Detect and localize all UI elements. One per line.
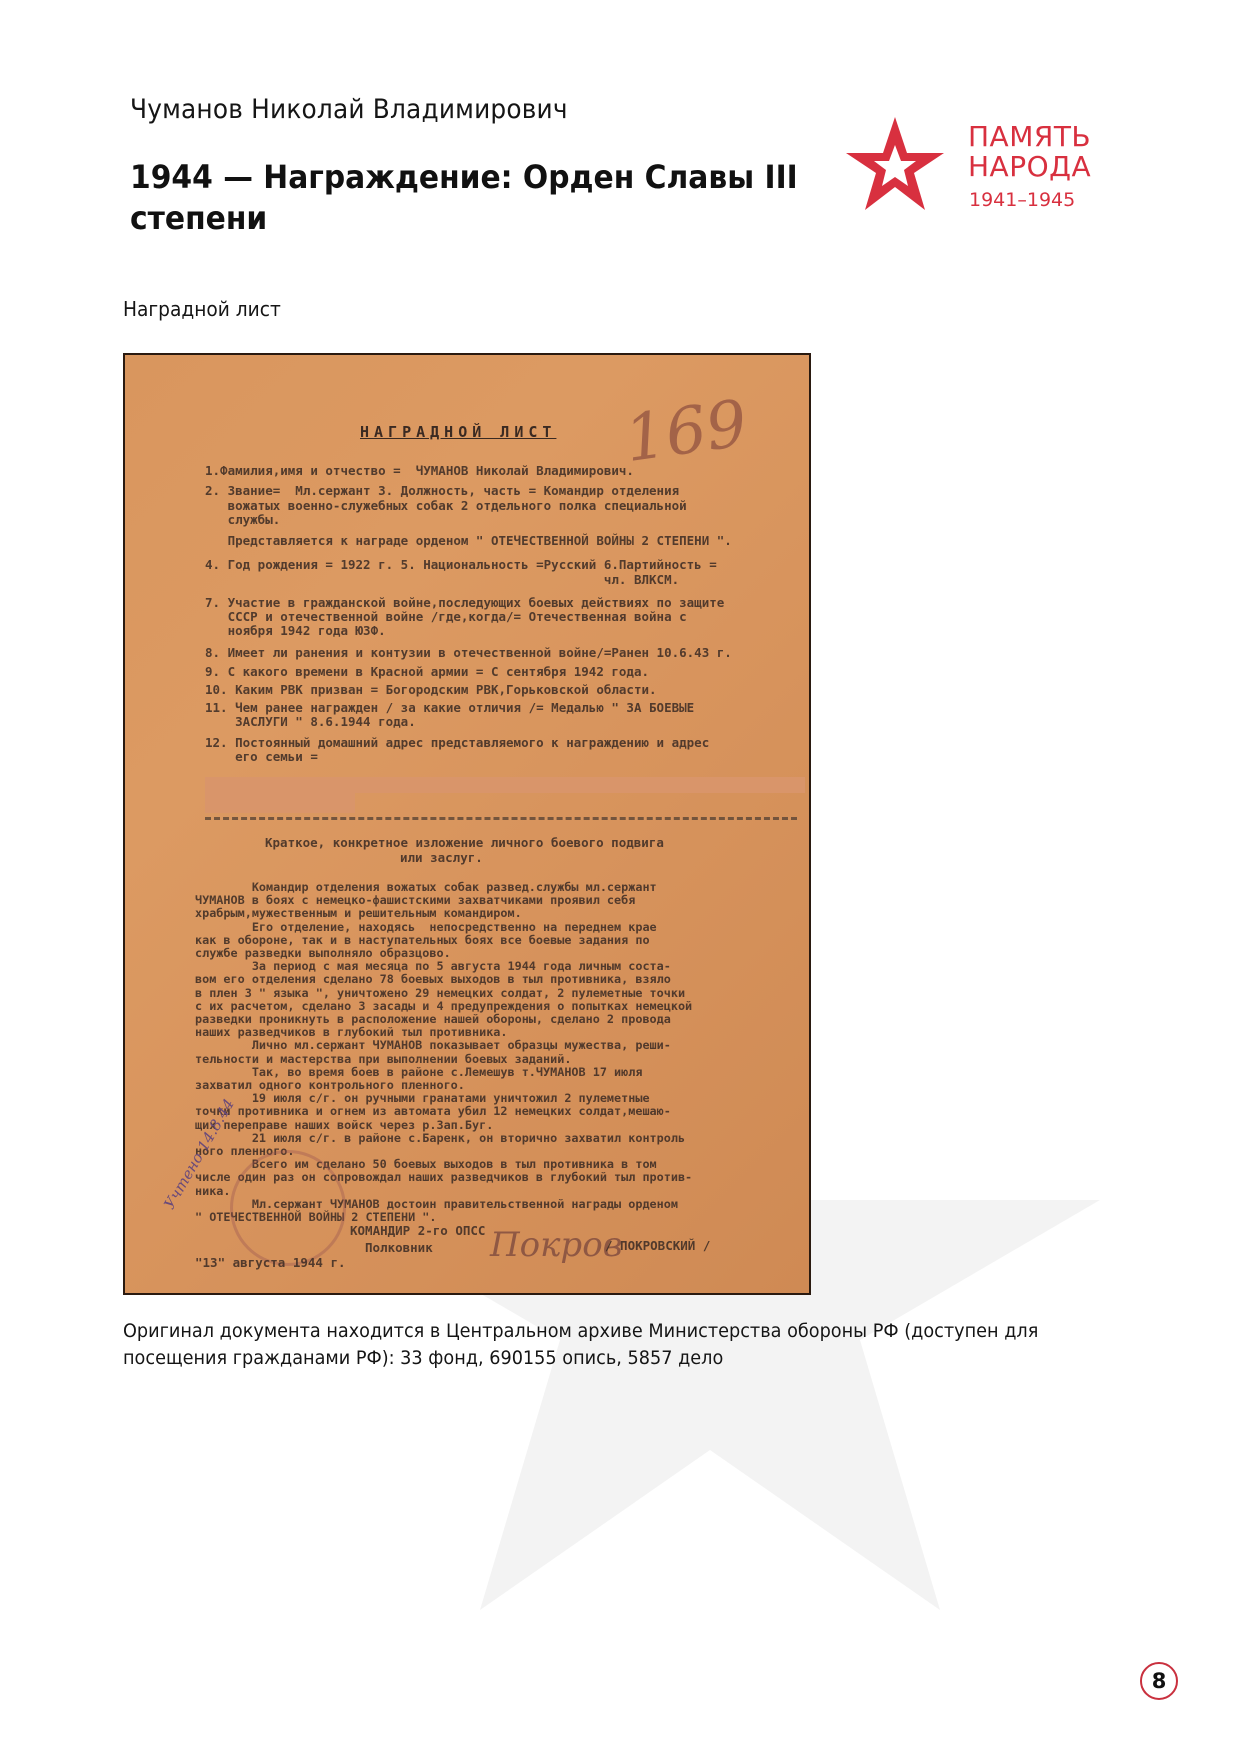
logo-text-line1: ПАМЯТЬ: [968, 122, 1091, 152]
award-sheet-scan: НАГРАДНОЙ ЛИСТ 169 1.Фамилия,имя и отчес…: [123, 353, 811, 1295]
signer-name: / ПОКРОВСКИЙ /: [605, 1238, 710, 1253]
caption-line-2: посещения гражданами РФ): 33 фонд, 69015…: [123, 1345, 723, 1372]
separator-line: [205, 817, 797, 820]
doc-field-line: службы.: [205, 512, 280, 527]
redacted-address: [205, 791, 355, 813]
page-title: 1944 — Награждение: Орден Славы III степ…: [130, 157, 800, 239]
doc-field-line: его семьи =: [205, 749, 318, 764]
doc-field-line: 12. Постоянный домашний адрес представля…: [205, 735, 709, 750]
doc-field-line: 8. Имеет ли ранения и контузии в отечест…: [205, 645, 732, 660]
doc-field-line: ЗАСЛУГИ " 8.6.1944 года.: [205, 714, 416, 729]
section-title: или заслуг.: [400, 850, 483, 865]
doc-heading: НАГРАДНОЙ ЛИСТ: [360, 423, 556, 441]
doc-field-line: 9. С какого времени в Красной армии = С …: [205, 664, 649, 679]
pamyat-naroda-logo[interactable]: ПАМЯТЬ НАРОДА 1941–1945: [845, 115, 1115, 220]
archive-caption: Оригинал документа находится в Центральн…: [123, 1318, 1103, 1372]
doc-field-line: 10. Каким РВК призван = Богородским РВК,…: [205, 682, 657, 697]
handwritten-signature: Покров: [490, 1225, 622, 1265]
signature-title: КОМАНДИР 2-го ОПСС: [350, 1223, 485, 1238]
doc-field-line: 2. Звание= Мл.сержант 3. Должность, част…: [205, 483, 679, 498]
doc-field-line: СССР и отечественной войне /где,когда/= …: [205, 609, 687, 624]
signature-rank: Полковник: [365, 1240, 433, 1255]
seal-stamp: [230, 1150, 346, 1266]
document-label: Наградной лист: [123, 297, 281, 321]
logo-text-line2: НАРОДА: [968, 152, 1091, 182]
red-star-icon: [845, 115, 945, 215]
handwritten-number: 169: [620, 387, 751, 477]
caption-line-1: Оригинал документа находится в Центральн…: [123, 1318, 1038, 1345]
doc-field-line: 7. Участие в гражданской войне,последующ…: [205, 595, 724, 610]
doc-date: "13" августа 1944 г.: [195, 1255, 346, 1270]
doc-field-line: вожатых военно-служебных собак 2 отдельн…: [205, 498, 687, 513]
person-name: Чуманов Николай Владимирович: [130, 94, 568, 125]
doc-field-line: Представляется к награде орденом " ОТЕЧЕ…: [205, 533, 732, 548]
section-title: Краткое, конкретное изложение личного бо…: [265, 835, 664, 850]
page-number: 8: [1140, 1662, 1178, 1700]
logo-years: 1941–1945: [969, 189, 1075, 211]
doc-field-line: ноября 1942 года ЮЗФ.: [205, 623, 386, 638]
doc-field-line: 11. Чем ранее награжден / за какие отлич…: [205, 700, 694, 715]
doc-field-line: 4. Год рождения = 1922 г. 5. Национально…: [205, 557, 717, 572]
doc-field-line: чл. ВЛКСМ.: [205, 572, 679, 587]
doc-field-line: 1.Фамилия,имя и отчество = ЧУМАНОВ Никол…: [205, 463, 634, 478]
